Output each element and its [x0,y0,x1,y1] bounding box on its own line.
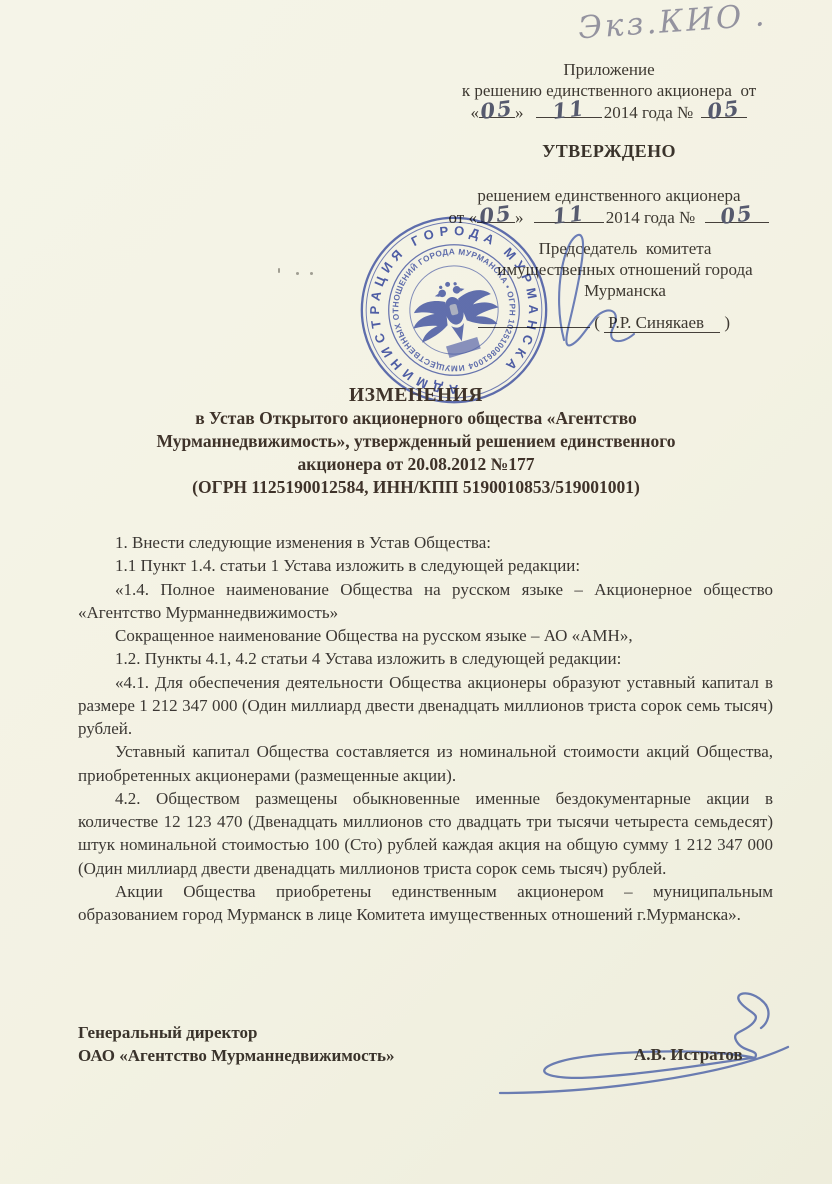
scan-artifact-marks [278,268,318,276]
footer-signer-name: А.В. Истратов [634,1043,832,1066]
body-paragraph: «4.1. Для обеспечения деятельности Общес… [78,671,773,741]
handwritten-day: 05 [479,98,514,122]
title-line-3: Мурманнедвижимость», утвержденный решени… [69,430,763,453]
body-paragraph: Сокращенное наименование Общества на рус… [78,624,773,647]
month-blank: 11 [534,207,604,223]
body-paragraph: 1.2. Пункты 4.1, 4.2 статьи 4 Устава изл… [78,647,773,670]
body-paragraph: Акции Общества приобретены единственным … [78,880,773,927]
appendix-title: Приложение [418,60,800,81]
quote-close: » [515,103,524,122]
document-title: ИЗМЕНЕНИЯ в Устав Открытого акционерного… [69,384,763,499]
exemplar-text: Экз.КИО [577,0,746,46]
number-blank: 05 [701,102,747,118]
paren-close: ) [724,313,730,332]
footer-position-line1: Генеральный директор [78,1021,773,1044]
handwritten-exemplar-note: Экз.КИО. [577,0,819,46]
handwritten-month: 11 [551,98,586,122]
appendix-date-row: «05» 112014 года № 05 [418,102,800,124]
body-paragraph: «1.4. Полное наименование Общества на ру… [78,578,773,625]
body-paragraph: 1. Внести следующие изменения в Устав Об… [78,531,773,554]
body-paragraph: Уставный капитал Общества составляется и… [78,740,773,787]
body-paragraph: 4.2. Обществом размещены обыкновенные им… [78,787,773,880]
number-blank: 05 [705,207,769,223]
day-blank: 05 [479,102,515,118]
quote-open: « [471,103,480,122]
title-line-1: ИЗМЕНЕНИЯ [69,384,763,407]
exemplar-dot: . [753,0,768,34]
approved-heading: УТВЕРЖДЕНО [418,141,800,162]
month-blank: 11 [536,102,602,118]
title-line-5: (ОГРН 1125190012584, ИНН/КПП 5190010853/… [69,476,763,499]
document-body: 1. Внести следующие изменения в Устав Об… [78,531,773,926]
seal-number-box [446,337,481,358]
appendix-line2: к решению единственного акционера от [418,81,800,102]
title-line-2: в Устав Открытого акционерного общества … [69,407,763,430]
handwritten-number: 05 [720,203,755,227]
title-line-4: акционера от 20.08.2012 №177 [69,453,763,476]
document-page: Экз.КИО. Приложение к решению единственн… [0,0,832,1184]
body-paragraph: 1.1 Пункт 1.4. статьи 1 Устава изложить … [78,554,773,577]
year-label: 2014 года № [604,103,693,122]
handwritten-number: 05 [707,98,742,122]
appendix-block: Приложение к решению единственного акцио… [418,60,800,124]
footer-block: Генеральный директор ОАО «Агентство Мурм… [78,1021,773,1067]
chairman-signature [534,222,666,374]
